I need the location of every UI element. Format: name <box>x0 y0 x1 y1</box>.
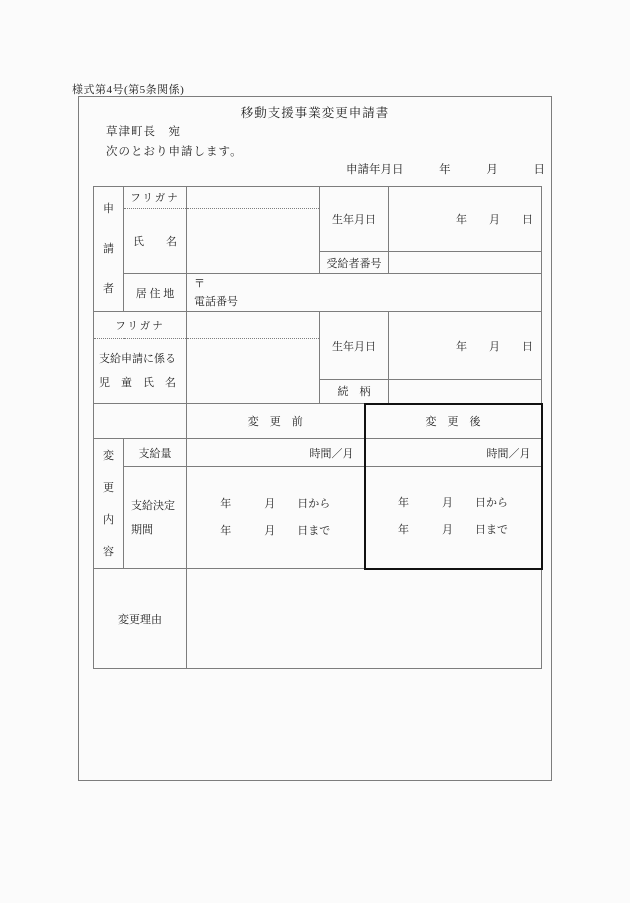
supply-amount-label: 支給量 <box>124 439 187 467</box>
supply-amount-before: 時間／月 <box>187 439 365 467</box>
applicant-section-label: 申 請 者 <box>94 187 124 312</box>
applicant-name-field <box>187 209 320 274</box>
decision-period-after: 年 月 日から 年 月 日まで <box>365 467 542 569</box>
form-number: 様式第4号(第5条関係) <box>72 81 184 97</box>
recipient-number-label: 受給者番号 <box>320 252 389 274</box>
application-date-month: 月 <box>486 161 498 177</box>
supply-amount-after: 時間／月 <box>365 439 542 467</box>
change-reason-field <box>187 569 542 669</box>
relationship-field <box>389 380 542 404</box>
application-date-label: 申請年月日 <box>346 161 404 177</box>
application-date-day: 日 <box>533 161 545 177</box>
after-change-header: 変 更 後 <box>365 404 542 439</box>
child-furigana-field <box>187 312 320 339</box>
applicant-birthdate-field: 年 月 日 <box>389 187 542 252</box>
change-header-spacer <box>94 404 187 439</box>
applicant-name-label: 氏 名 <box>124 209 187 274</box>
relationship-label: 続 柄 <box>320 380 389 404</box>
form-outer-box: 移動支援事業変更申請書 草津町長 宛 次のとおり申請します。 申請年月日 年 月… <box>78 96 552 781</box>
intro-text: 次のとおり申請します。 <box>106 143 243 159</box>
child-name-field <box>187 339 320 404</box>
change-reason-label: 変更理由 <box>94 569 187 669</box>
before-change-header: 変 更 前 <box>187 404 365 439</box>
change-section-label: 変 更 内 容 <box>94 439 124 569</box>
application-date-line: 申請年月日 年 月 日 <box>346 161 545 177</box>
applicant-furigana-field <box>187 187 320 209</box>
application-form-table: 申 請 者 フリガナ 生年月日 年 月 日 氏 名 受給者番号 居 住 地 〒 … <box>93 186 543 669</box>
application-date-year: 年 <box>439 161 451 177</box>
document-title: 移動支援事業変更申請書 <box>79 103 551 121</box>
document-page: 様式第4号(第5条関係) 移動支援事業変更申請書 草津町長 宛 次のとおり申請し… <box>0 0 630 903</box>
child-birthdate-field: 年 月 日 <box>389 312 542 380</box>
addressee: 草津町長 宛 <box>106 123 181 139</box>
child-birthdate-label: 生年月日 <box>320 312 389 380</box>
residence-field: 〒 電話番号 <box>187 274 542 312</box>
child-furigana-label: フリガナ <box>94 312 187 339</box>
applicant-furigana-label: フリガナ <box>124 187 187 209</box>
residence-label: 居 住 地 <box>124 274 187 312</box>
decision-period-before: 年 月 日から 年 月 日まで <box>187 467 365 569</box>
child-name-label: 支給申請に係る 児 童 氏 名 <box>94 339 187 404</box>
recipient-number-field <box>389 252 542 274</box>
decision-period-label: 支給決定 期間 <box>124 467 187 569</box>
applicant-birthdate-label: 生年月日 <box>320 187 389 252</box>
